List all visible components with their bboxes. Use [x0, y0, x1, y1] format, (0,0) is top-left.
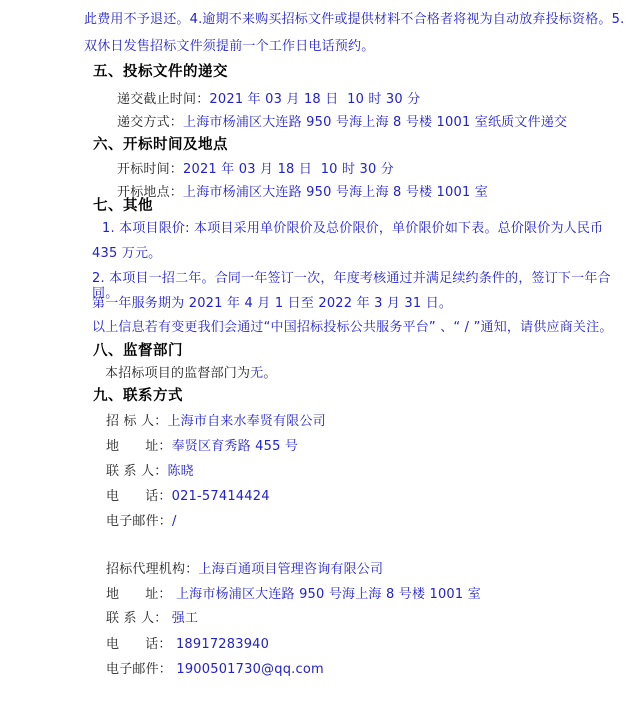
field-value: 2021 年 03 月 18 日 10 时 30 分: [183, 162, 394, 177]
tenderer-row: 电 话：021-57414424: [106, 489, 270, 504]
contact-value: 18917283940: [172, 637, 270, 652]
agency-row: 地 址： 上海市杨浦区大连路 950 号海上海 8 号楼 1001 室: [106, 587, 481, 602]
contact-value: 上海市自来水奉贤有限公司: [167, 414, 325, 429]
contact-label: 联 系 人：: [106, 611, 167, 626]
other-paragraph-4: 以上信息若有变更我们会通过“中国招标投标公共服务平台” 、“ / ”通知，请供应…: [92, 320, 613, 335]
contact-label: 地 址：: [106, 439, 172, 454]
supervision-suffix: 。: [263, 366, 276, 381]
intro-line-1: 此费用不予退还。4.逾期不来购买招标文件或提供材料不合格者将视为自动放弃投标资格…: [84, 12, 624, 27]
submission-method-field: 递交方式：上海市杨浦区大连路 950 号海上海 8 号楼 1001 室纸质文件递…: [117, 115, 567, 130]
contact-label: 电 话：: [106, 489, 172, 504]
section8-heading: 八、监督部门: [93, 343, 183, 359]
agency-row: 电子邮件： 1900501730@qq.com: [106, 662, 324, 677]
section6-heading: 六、开标时间及地点: [93, 137, 228, 153]
field-label: 递交方式：: [117, 115, 183, 130]
contact-value: 上海市杨浦区大连路 950 号海上海 8 号楼 1001 室: [172, 587, 481, 602]
contact-value: /: [172, 514, 177, 529]
tenderer-row: 招 标 人：上海市自来水奉贤有限公司: [106, 414, 326, 429]
supervision-value: 无: [250, 366, 263, 381]
other-paragraph-3: 第一年服务期为 2021 年 4 月 1 日至 2022 年 3 月 31 日。: [92, 296, 452, 311]
contact-value: 强工: [167, 611, 198, 626]
bid-opening-time-field: 开标时间：2021 年 03 月 18 日 10 时 30 分: [117, 162, 394, 177]
contact-label: 电子邮件：: [106, 514, 172, 529]
contact-label: 招 标 人：: [106, 414, 167, 429]
tenderer-row: 联 系 人：陈晓: [106, 464, 194, 479]
contact-value: 021-57414424: [172, 489, 270, 504]
contact-label: 电子邮件：: [106, 662, 172, 677]
tenderer-row: 电子邮件：/: [106, 514, 177, 529]
contact-value: 1900501730@qq.com: [172, 662, 324, 677]
supervision-prefix: 本招标项目的监督部门为: [105, 366, 250, 381]
contact-label: 地 址：: [106, 587, 172, 602]
field-label: 开标时间：: [117, 162, 183, 177]
section5-heading: 五、投标文件的递交: [93, 64, 228, 80]
contact-label: 联 系 人：: [106, 464, 167, 479]
contact-value: 陈晓: [167, 464, 193, 479]
other-paragraph-1-line-2: 435 万元。: [92, 246, 161, 261]
submission-deadline-field: 递交截止时间：2021 年 03 月 18 日 10 时 30 分: [117, 92, 420, 107]
field-value: 上海市杨浦区大连路 950 号海上海 8 号楼 1001 室纸质文件递交: [183, 115, 567, 130]
contact-value: 奉贤区育秀路 455 号: [172, 439, 298, 454]
field-value: 上海市杨浦区大连路 950 号海上海 8 号楼 1001 室: [183, 185, 488, 200]
agency-row: 电 话： 18917283940: [106, 637, 269, 652]
other-paragraph-1-line-1: 1. 本项目限价: 本项目采用单价限价及总价限价，单价限价如下表。总价限价为人民…: [102, 221, 603, 236]
section7-heading: 七、其他: [93, 198, 153, 214]
tender-notice-document: 此费用不予退还。4.逾期不来购买招标文件或提供材料不合格者将视为自动放弃投标资格…: [0, 0, 632, 708]
field-label: 递交截止时间：: [117, 92, 209, 107]
field-value: 2021 年 03 月 18 日 10 时 30 分: [209, 92, 420, 107]
agency-row: 联 系 人： 强工: [106, 611, 198, 626]
intro-line-2: 双休日发售招标文件须提前一个工作日电话预约。: [84, 39, 374, 54]
supervision-department-line: 本招标项目的监督部门为无。: [105, 366, 277, 381]
agency-row: 招标代理机构：上海百通项目管理咨询有限公司: [106, 562, 383, 577]
section9-heading: 九、联系方式: [93, 388, 183, 404]
contact-label: 招标代理机构：: [106, 562, 198, 577]
tenderer-row: 地 址：奉贤区育秀路 455 号: [106, 439, 298, 454]
contact-label: 电 话：: [106, 637, 172, 652]
bid-opening-place-field: 开标地点：上海市杨浦区大连路 950 号海上海 8 号楼 1001 室: [117, 185, 488, 200]
contact-value: 上海百通项目管理咨询有限公司: [198, 562, 383, 577]
